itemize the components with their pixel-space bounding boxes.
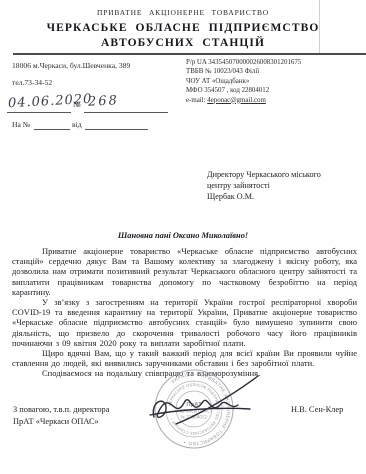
recipient-block: Директору Черкаського міського центру за… <box>207 169 321 202</box>
reply-to-label: На № <box>12 120 30 129</box>
header-rule <box>13 53 366 55</box>
bank-branch: ТВБВ № 10023/043 Філії <box>186 67 301 76</box>
company-address: 18006 м.Черкаси, бул.Шевченка, 389 <box>12 61 130 70</box>
salutation: Шановна пані Оксано Миколаївно! <box>0 231 366 240</box>
scanned-letter-page: ПРИВАТНЕ АКЦІОНЕРНЕ ТОВАРИСТВО ЧЕРКАСЬКЕ… <box>0 0 366 474</box>
requisites-left: 18006 м.Черкаси, бул.Шевченка, 389 тел.7… <box>12 61 130 87</box>
company-phone: тел.73-34-52 <box>12 78 130 87</box>
letter-body: Приватне акціонерне товариство «Черкаськ… <box>12 246 357 379</box>
body-paragraph-2: У зв’язку з загостренням на території Ук… <box>12 297 357 348</box>
bank-codes: МФО 354507 , код 22804012 <box>186 86 301 95</box>
date-underline <box>7 112 71 113</box>
handwritten-number: 268 <box>88 93 120 110</box>
recipient-line: центру зайнятості <box>207 180 321 191</box>
recipient-line: Щербак О.М. <box>207 191 321 202</box>
closing-block: З повагою, т.в.п. директора ПрАТ «Черкас… <box>13 404 109 428</box>
number-underline <box>84 112 168 113</box>
signer-name: Н.В. Сен-Клер <box>291 405 343 414</box>
company-name-line2: АВТОБУСНИХ СТАНЦІЙ <box>0 37 366 49</box>
email-row: e-mail: 4eponac@gmail.com <box>186 96 301 105</box>
scan-fold-line <box>319 0 320 53</box>
reply-number-underline <box>34 129 70 130</box>
recipient-line: Директору Черкаського міського <box>207 169 321 180</box>
company-stamp: УКРАЇНА • ПРИВАТНЕ АКЦІОНЕРНЕ ТОВАРИСТВО… <box>146 367 300 471</box>
company-type: ПРИВАТНЕ АКЦІОНЕРНЕ ТОВАРИСТВО <box>0 8 366 17</box>
bank-account: Р/р UA 343545070000026008301201675 <box>186 58 301 67</box>
email-label: e-mail: <box>186 97 206 104</box>
reply-date-underline <box>85 129 148 130</box>
requisites-right: Р/р UA 343545070000026008301201675 ТВБВ … <box>186 58 301 105</box>
bank-name: ЧОУ АТ «Ощадбанк» <box>186 77 301 86</box>
reply-from-label: від <box>72 120 82 129</box>
company-name-line1: ЧЕРКАСЬКЕ ОБЛАСНЕ ПІДПРИЄМСТВО <box>0 22 366 34</box>
number-sign: № <box>73 100 81 109</box>
body-paragraph-3: Щиро вдячні Вам, що у такий важкий періо… <box>12 348 357 368</box>
closing-line1: З повагою, т.в.п. директора <box>13 404 109 416</box>
letterhead: ПРИВАТНЕ АКЦІОНЕРНЕ ТОВАРИСТВО ЧЕРКАСЬКЕ… <box>0 8 366 49</box>
closing-line2: ПрАТ «Черкаси ОПАС» <box>13 416 109 428</box>
body-paragraph-1: Приватне акціонерне товариство «Черкаськ… <box>12 246 357 297</box>
email-address: 4eponac@gmail.com <box>207 97 266 104</box>
